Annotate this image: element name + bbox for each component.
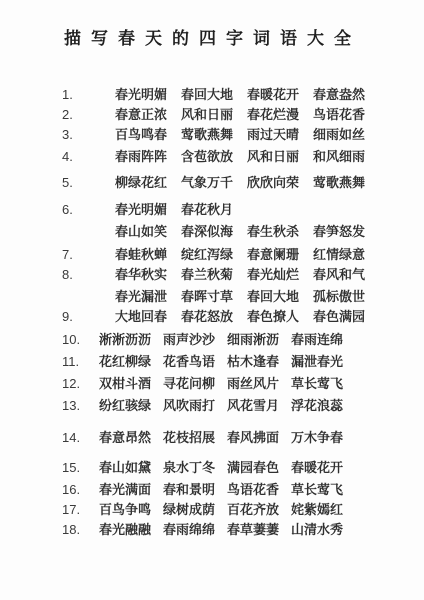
row-number xyxy=(62,222,115,242)
word-item: 春色撩人 xyxy=(247,307,313,327)
word-item: 春花秋月 xyxy=(181,200,247,220)
word-item: 春光明媚 xyxy=(115,200,181,220)
word-item: 春花烂漫 xyxy=(247,105,313,125)
list-row: 8.春华秋实春兰秋菊春光灿烂春风和气 xyxy=(0,265,424,285)
row-number: 6. xyxy=(62,200,115,220)
list-row: 5.柳绿花红气象万千欣欣向荣莺歌燕舞 xyxy=(0,173,424,193)
word-item: 满园春色 xyxy=(227,458,291,478)
row-number: 18. xyxy=(62,520,99,540)
word-item: 鸟语花香 xyxy=(313,105,379,125)
list-row: 12.双柑斗酒寻花问柳雨丝风片草长莺飞 xyxy=(0,374,424,394)
list-row: 春光漏泄春晖寸草春回大地孤标傲世 xyxy=(0,287,424,307)
list-row: 18.春光融融春雨绵绵春草萋萋山清水秀 xyxy=(0,520,424,540)
word-item: 莺歌燕舞 xyxy=(313,173,379,193)
word-item: 风花雪月 xyxy=(227,396,291,416)
word-item: 春和景明 xyxy=(163,480,227,500)
word-item: 春笋怒发 xyxy=(313,222,379,242)
word-item: 大地回春 xyxy=(115,307,181,327)
word-item: 绿树成荫 xyxy=(163,500,227,520)
word-item: 春光漏泄 xyxy=(115,287,181,307)
word-item: 鸟语花香 xyxy=(227,480,291,500)
word-item: 春华秋实 xyxy=(115,265,181,285)
list-row: 17.百鸟争鸣绿树成荫百花齐放姹紫嫣红 xyxy=(0,500,424,520)
row-number: 15. xyxy=(62,458,99,478)
word-item: 春雨绵绵 xyxy=(163,520,227,540)
word-item: 寻花问柳 xyxy=(163,374,227,394)
list-row: 3.百鸟鸣春莺歌燕舞雨过天晴细雨如丝 xyxy=(0,125,424,145)
list-row: 4.春雨阵阵含苞欲放风和日丽和风细雨 xyxy=(0,147,424,167)
list-row: 10.淅淅沥沥雨声沙沙细雨淅沥春雨连绵 xyxy=(0,330,424,350)
word-item: 春雨阵阵 xyxy=(115,147,181,167)
word-list: 1.春光明媚春回大地春暖花开春意盎然2.春意正浓风和日丽春花烂漫鸟语花香3.百鸟… xyxy=(0,85,424,540)
word-item: 花香鸟语 xyxy=(163,352,227,372)
word-item: 春光融融 xyxy=(99,520,163,540)
list-row: 9.大地回春春花怒放春色撩人春色满园 xyxy=(0,307,424,327)
word-item: 春光满面 xyxy=(99,480,163,500)
row-number: 17. xyxy=(62,500,99,520)
row-number: 3. xyxy=(62,125,115,145)
word-item: 春意昂然 xyxy=(99,428,163,448)
row-number xyxy=(62,287,115,307)
word-item: 春蛙秋蝉 xyxy=(115,245,181,265)
document-page: 描写春天的四字词语大全 1.春光明媚春回大地春暖花开春意盎然2.春意正浓风和日丽… xyxy=(0,0,424,600)
word-item: 春风拂面 xyxy=(227,428,291,448)
word-item: 姹紫嫣红 xyxy=(291,500,355,520)
word-item: 风和日丽 xyxy=(247,147,313,167)
word-item: 细雨如丝 xyxy=(313,125,379,145)
list-row: 1.春光明媚春回大地春暖花开春意盎然 xyxy=(0,85,424,105)
word-item: 漏泄春光 xyxy=(291,352,355,372)
word-item: 欣欣向荣 xyxy=(247,173,313,193)
word-item: 百花齐放 xyxy=(227,500,291,520)
word-item: 春意正浓 xyxy=(115,105,181,125)
word-item: 枯木逢春 xyxy=(227,352,291,372)
list-row: 11.花红柳绿花香鸟语枯木逢春漏泄春光 xyxy=(0,352,424,372)
word-item: 春回大地 xyxy=(181,85,247,105)
word-item: 风和日丽 xyxy=(181,105,247,125)
word-item: 春山如黛 xyxy=(99,458,163,478)
word-item: 纷红骇绿 xyxy=(99,396,163,416)
word-item: 绽红泻绿 xyxy=(181,245,247,265)
word-item: 孤标傲世 xyxy=(313,287,379,307)
row-number: 12. xyxy=(62,374,99,394)
row-number: 10. xyxy=(62,330,99,350)
word-item: 草长莺飞 xyxy=(291,374,355,394)
row-number: 9. xyxy=(62,307,115,327)
list-row: 春山如笑春深似海春生秋杀春笋怒发 xyxy=(0,222,424,242)
row-number: 1. xyxy=(62,85,115,105)
list-row: 6.春光明媚春花秋月 xyxy=(0,200,424,220)
word-item: 春晖寸草 xyxy=(181,287,247,307)
word-item: 春花怒放 xyxy=(181,307,247,327)
word-item: 春意盎然 xyxy=(313,85,379,105)
word-item: 春雨连绵 xyxy=(291,330,355,350)
word-item: 春色满园 xyxy=(313,307,379,327)
row-number: 16. xyxy=(62,480,99,500)
word-item: 风吹雨打 xyxy=(163,396,227,416)
word-item: 泉水丁冬 xyxy=(163,458,227,478)
row-number: 4. xyxy=(62,147,115,167)
word-item: 草长莺飞 xyxy=(291,480,355,500)
row-number: 11. xyxy=(62,352,99,372)
word-item: 莺歌燕舞 xyxy=(181,125,247,145)
row-number: 7. xyxy=(62,245,115,265)
word-item: 春草萋萋 xyxy=(227,520,291,540)
word-item: 气象万千 xyxy=(181,173,247,193)
word-item: 浮花浪蕊 xyxy=(291,396,355,416)
word-item: 柳绿花红 xyxy=(115,173,181,193)
list-row: 16.春光满面春和景明鸟语花香草长莺飞 xyxy=(0,480,424,500)
word-item: 春山如笑 xyxy=(115,222,181,242)
word-item: 红情绿意 xyxy=(313,245,379,265)
word-item: 春光灿烂 xyxy=(247,265,313,285)
word-item: 春风和气 xyxy=(313,265,379,285)
word-item: 雨丝风片 xyxy=(227,374,291,394)
word-item: 雨过天晴 xyxy=(247,125,313,145)
word-item: 含苞欲放 xyxy=(181,147,247,167)
row-number: 5. xyxy=(62,173,115,193)
word-item: 春兰秋菊 xyxy=(181,265,247,285)
word-item: 百鸟争鸣 xyxy=(99,500,163,520)
row-number: 8. xyxy=(62,265,115,285)
word-item: 春暖花开 xyxy=(247,85,313,105)
word-item: 春意阑珊 xyxy=(247,245,313,265)
list-row: 15.春山如黛泉水丁冬满园春色春暖花开 xyxy=(0,458,424,478)
word-item: 万木争春 xyxy=(291,428,355,448)
word-item: 花红柳绿 xyxy=(99,352,163,372)
word-item: 春暖花开 xyxy=(291,458,355,478)
list-row: 14.春意昂然花枝招展春风拂面万木争春 xyxy=(0,428,424,448)
word-item: 春光明媚 xyxy=(115,85,181,105)
row-number: 2. xyxy=(62,105,115,125)
word-item: 山清水秀 xyxy=(291,520,355,540)
list-row: 7.春蛙秋蝉绽红泻绿春意阑珊红情绿意 xyxy=(0,245,424,265)
row-number: 14. xyxy=(62,428,99,448)
word-item: 双柑斗酒 xyxy=(99,374,163,394)
word-item: 淅淅沥沥 xyxy=(99,330,163,350)
page-title: 描写春天的四字词语大全 xyxy=(64,28,424,50)
row-number: 13. xyxy=(62,396,99,416)
word-item: 和风细雨 xyxy=(313,147,379,167)
word-item: 百鸟鸣春 xyxy=(115,125,181,145)
word-item: 春生秋杀 xyxy=(247,222,313,242)
word-item: 春回大地 xyxy=(247,287,313,307)
word-item: 花枝招展 xyxy=(163,428,227,448)
word-item: 春深似海 xyxy=(181,222,247,242)
list-row: 13.纷红骇绿风吹雨打风花雪月浮花浪蕊 xyxy=(0,396,424,416)
word-item: 雨声沙沙 xyxy=(163,330,227,350)
list-row: 2.春意正浓风和日丽春花烂漫鸟语花香 xyxy=(0,105,424,125)
word-item: 细雨淅沥 xyxy=(227,330,291,350)
